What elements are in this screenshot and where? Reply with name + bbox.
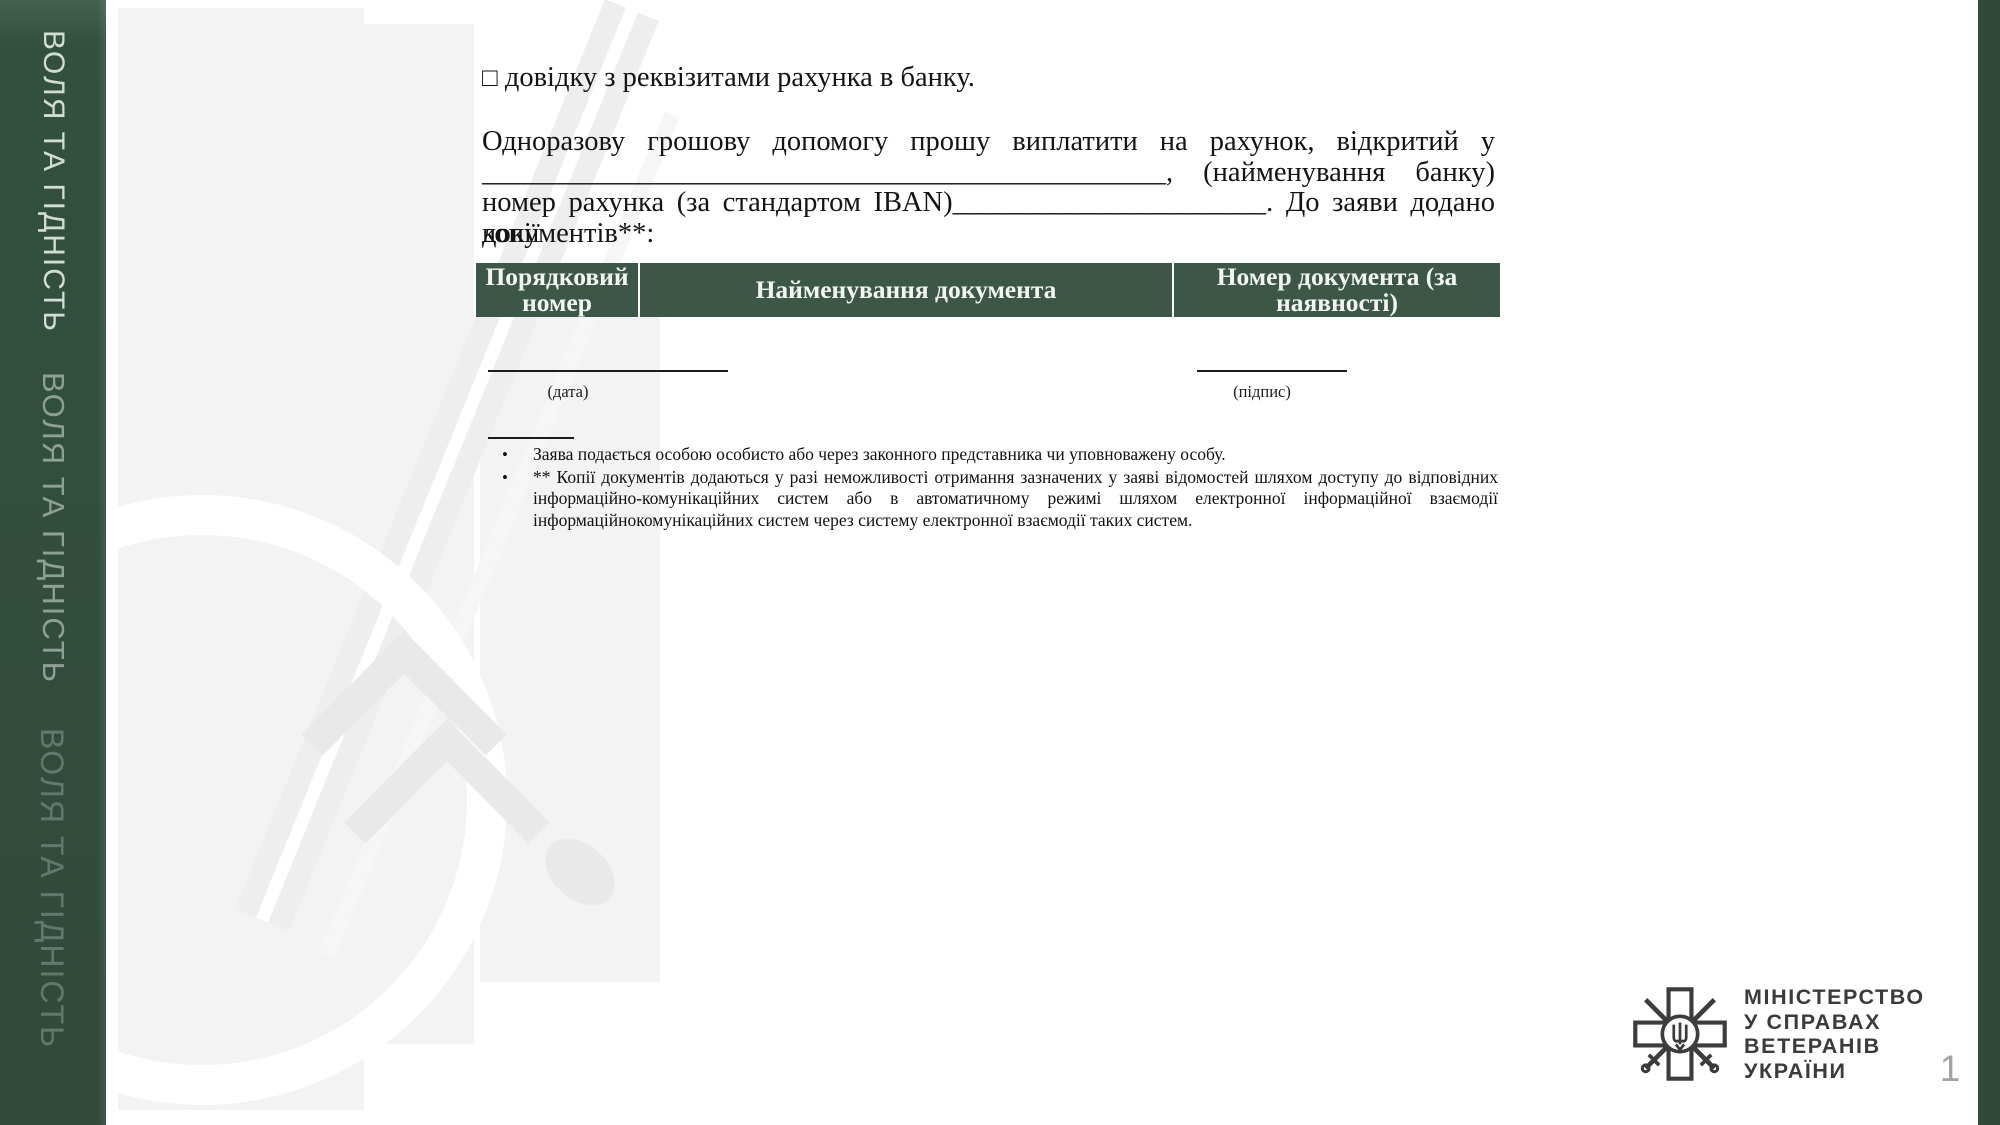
- footnote-item: ** Копії документів додаються у разі нем…: [500, 467, 1498, 532]
- signature-caption: (підпис): [1197, 382, 1327, 402]
- payment-paragraph: Одноразову грошову допомогу прошу виплат…: [482, 127, 1495, 249]
- footnote-list: Заява подається особою особисто або чере…: [500, 444, 1498, 532]
- footnote-separator: [488, 437, 574, 439]
- ministry-name-line: ВЕТЕРАНІВ: [1744, 1034, 1925, 1059]
- checkbox-icon: □: [482, 63, 498, 92]
- documents-table-header: Порядковий номер Найменування документа …: [476, 263, 1500, 317]
- paragraph-line: Одноразову грошову допомогу прошу виплат…: [482, 127, 1495, 158]
- slide-page: ВОЛЯ ТА ГІДНІСТЬ ВОЛЯ ТА ГІДНІСТЬ ВОЛЯ Т…: [0, 0, 2000, 1125]
- paragraph-line: документів**:: [482, 219, 1495, 250]
- ministry-branding: МІНІСТЕРСТВО У СПРАВАХ ВЕТЕРАНІВ УКРАЇНИ: [1628, 982, 1925, 1086]
- table-header-doc-name: Найменування документа: [640, 263, 1174, 317]
- document-body: □ довідку з реквізитами рахунка в банку.…: [0, 0, 2000, 1125]
- paragraph-line-bank-blank: ________________________________________…: [482, 158, 1495, 189]
- spine-motto-text: ВОЛЯ ТА ГІДНІСТЬ: [33, 728, 70, 1049]
- date-blank-line: [488, 370, 728, 372]
- ministry-name-line: УКРАЇНИ: [1744, 1059, 1925, 1084]
- table-header-ordinal: Порядковий номер: [476, 263, 640, 317]
- page-number: 1: [1928, 1048, 1972, 1090]
- spine-motto-text: ВОЛЯ ТА ГІДНІСТЬ: [35, 372, 71, 684]
- ministry-name: МІНІСТЕРСТВО У СПРАВАХ ВЕТЕРАНІВ УКРАЇНИ: [1744, 985, 1925, 1083]
- checkbox-option-label: довідку з реквізитами рахунка в банку.: [505, 62, 975, 93]
- left-spine-bar: ВОЛЯ ТА ГІДНІСТЬ ВОЛЯ ТА ГІДНІСТЬ ВОЛЯ Т…: [0, 0, 106, 1125]
- table-header-doc-number: Номер документа (за наявності): [1174, 263, 1500, 317]
- ministry-emblem-icon: [1628, 982, 1732, 1086]
- footnote-item: Заява подається особою особисто або чере…: [500, 444, 1498, 466]
- spine-motto-text: ВОЛЯ ТА ГІДНІСТЬ: [36, 30, 70, 333]
- right-edge-bar: [1978, 0, 2000, 1125]
- date-caption: (дата): [488, 382, 648, 402]
- signature-blank-line: [1197, 370, 1347, 372]
- ministry-name-line: МІНІСТЕРСТВО: [1744, 985, 1925, 1010]
- ministry-name-line: У СПРАВАХ: [1744, 1010, 1925, 1035]
- paragraph-line-iban-blank: номер рахунка (за стандартом IBAN)______…: [482, 188, 1495, 219]
- checkbox-option-line: □ довідку з реквізитами рахунка в банку.: [482, 62, 1495, 93]
